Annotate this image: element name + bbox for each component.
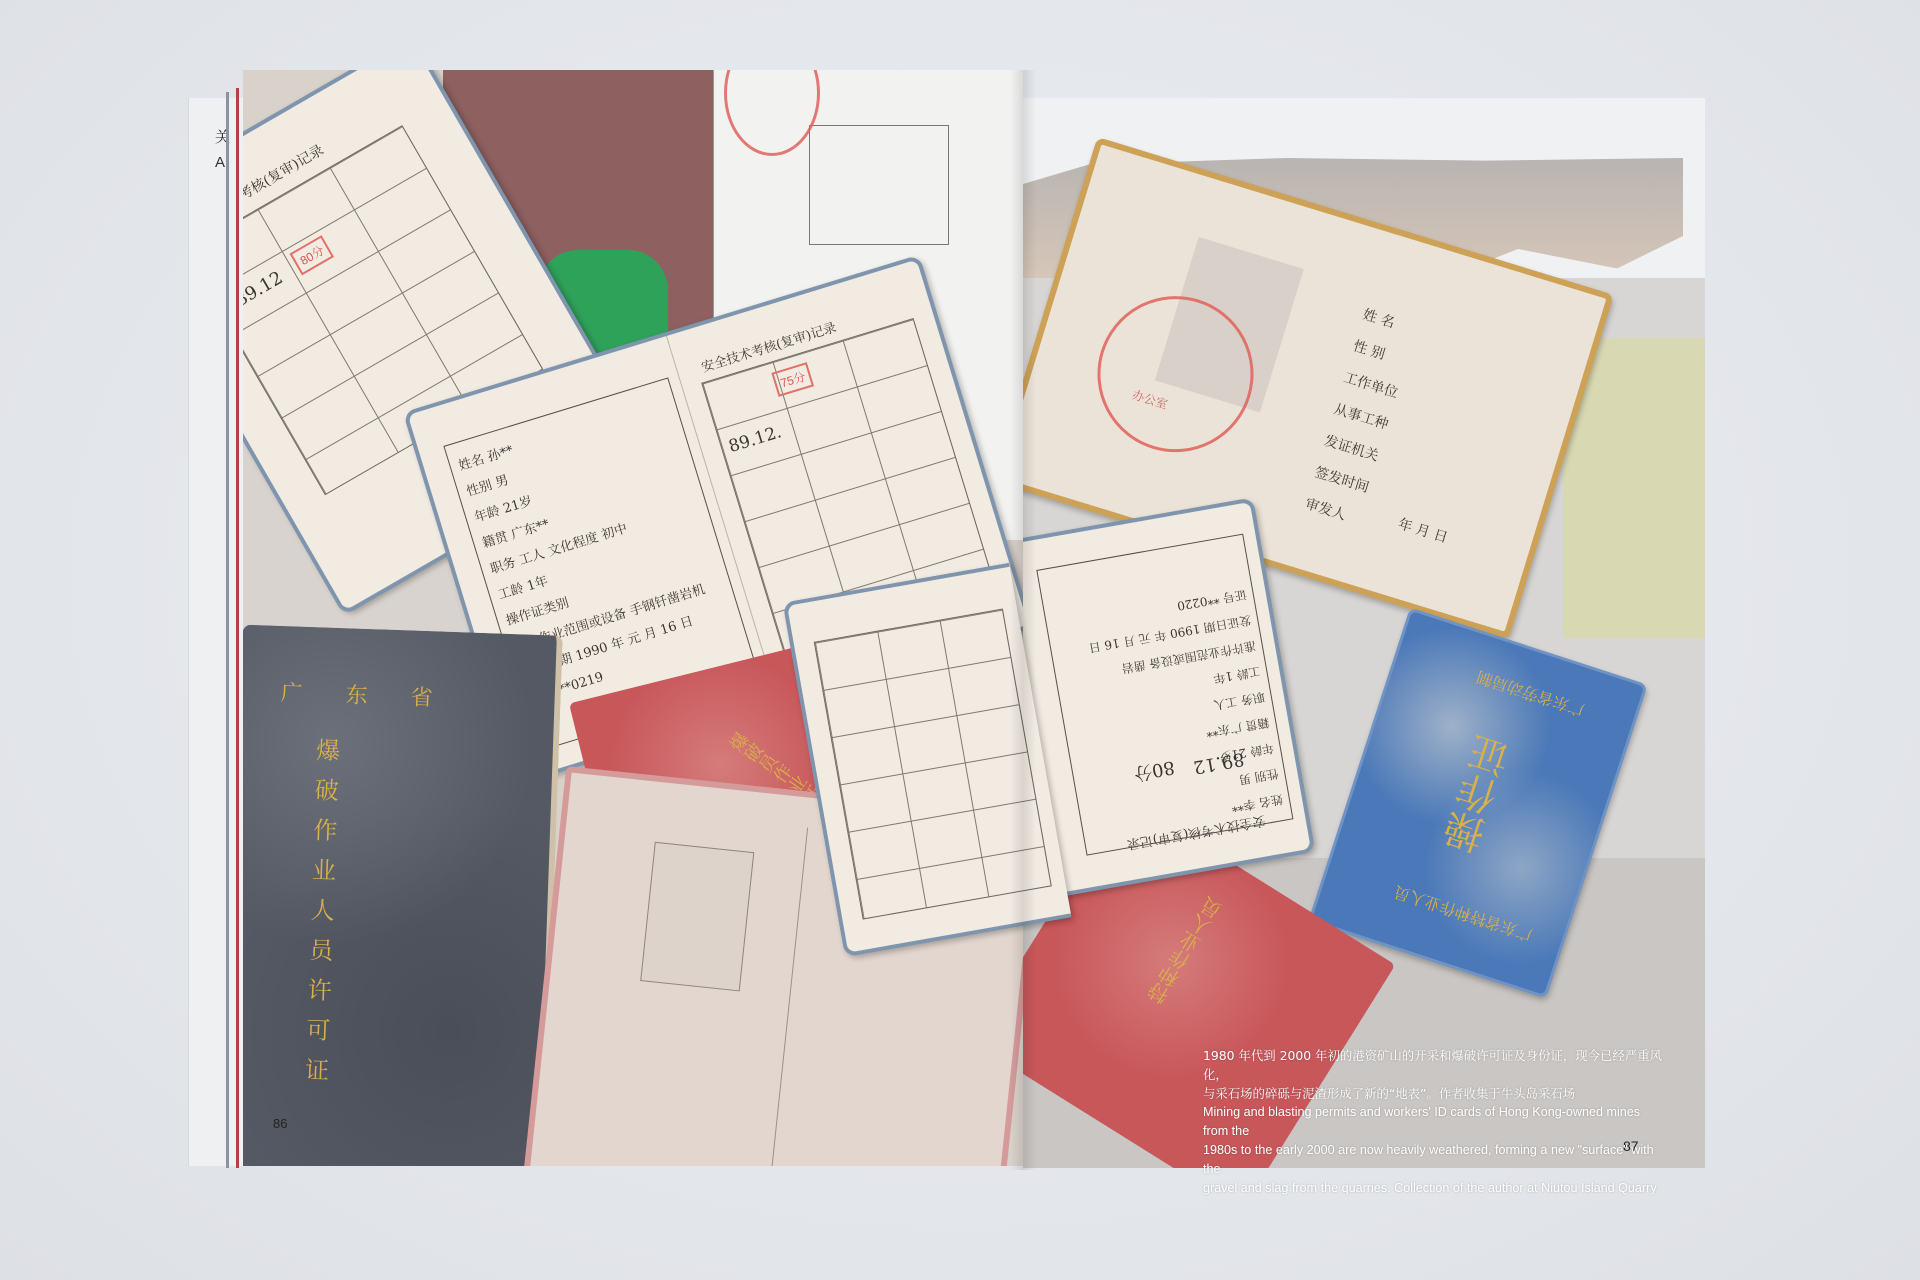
previous-page-edge: 关 Al — [188, 98, 249, 1166]
blue-book-line: 广东省特种作业人员 — [1391, 881, 1535, 947]
right-page: 办公室 姓 名 性 别 工作单位 从事工种 发证机关 签发时间 审发人 年 月 … — [1023, 98, 1705, 1168]
field-label: 姓名 — [1258, 792, 1284, 810]
date-label: 年 月 日 — [1396, 513, 1451, 547]
page-edge-red — [236, 88, 239, 1168]
field-value: 男 — [1238, 771, 1252, 787]
caption-zh-line-1: 1980 年代到 2000 年初的港资矿山的开采和爆破许可证及身份证，现今已经严… — [1203, 1046, 1663, 1084]
dark-book-province: 广 东 省 — [280, 676, 451, 713]
field-value: 初中 — [600, 521, 629, 543]
caption-en-line-1: Mining and blasting permits and workers'… — [1203, 1103, 1663, 1141]
field-value: **0219 — [557, 670, 605, 698]
field-label: 籍贯 — [481, 530, 510, 552]
field-label: 证号 — [1222, 587, 1248, 605]
field-label: 职务 — [489, 555, 518, 577]
caption-en-line-3: gravel and slag from the quarries. Colle… — [1203, 1179, 1663, 1198]
field-value: 男 — [494, 473, 511, 491]
info-fields: 姓名 李** 性别 男 年龄 21岁 籍贯 广东** 职务 工人 工龄 1年 准… — [1082, 581, 1285, 840]
field-label: 工龄 — [496, 581, 525, 603]
field-value: 工人 — [517, 547, 546, 569]
field-label: 职务 — [1240, 689, 1266, 707]
field-value: 凿岩 — [1121, 658, 1147, 676]
photo-caption: 1980 年代到 2000 年初的港资矿山的开采和爆破许可证及身份证，现今已经严… — [1203, 1046, 1663, 1198]
record-score: 75分 — [779, 370, 807, 391]
field-value: 1年 — [1212, 669, 1234, 686]
field-label: 年龄 — [473, 504, 502, 526]
field-label: 姓名 — [457, 452, 486, 474]
booklet-fold — [770, 828, 809, 1166]
blue-book-title: 操作证 — [1433, 729, 1524, 861]
red-book-title: 特种作业人员 — [1141, 893, 1229, 1010]
field-label: 年龄 — [1249, 741, 1275, 759]
field-label: 工龄 — [1235, 664, 1261, 682]
field-value: 21岁 — [1218, 745, 1247, 764]
field-label: 发证日期 — [1203, 613, 1253, 635]
field-value: 广东** — [1205, 720, 1243, 740]
blue-book-line: 广东省劳动局制 — [1473, 666, 1587, 722]
field-value: 工人 — [1212, 694, 1238, 712]
field-value: 1年 — [525, 574, 550, 595]
field-value: 21岁 — [502, 494, 535, 517]
dark-permit-book: 广 东 省 爆破作业人员许可证 — [243, 625, 563, 1166]
field-label: 性别 — [465, 478, 494, 500]
dark-book-title: 爆破作业人员许可证 — [297, 737, 345, 1098]
yellow-card-fields: 姓 名 性 别 工作单位 从事工种 发证机关 签发时间 审发人 — [1300, 299, 1421, 536]
stamp-text: 办公室 — [1130, 386, 1169, 413]
caption-en-line-2: 1980s to the early 2000 are now heavily … — [1203, 1141, 1663, 1179]
field-label: 性别 — [1253, 766, 1279, 784]
round-stamp — [724, 70, 820, 156]
field-value: **0220 — [1176, 592, 1220, 613]
field-value: 孙** — [486, 443, 515, 465]
field-label: 籍贯 — [1244, 715, 1270, 733]
record-grid — [814, 609, 1052, 920]
photo-slot — [640, 842, 754, 992]
field-value: 李** — [1230, 797, 1256, 815]
page-edge-blue — [226, 92, 229, 1168]
page-number-left: 86 — [273, 1116, 287, 1131]
caption-zh-line-2: 与采石场的碎砾与泥渣形成了新的“地表”。作者收集于牛头岛采石场 — [1203, 1084, 1663, 1103]
photo-frame — [809, 125, 949, 245]
